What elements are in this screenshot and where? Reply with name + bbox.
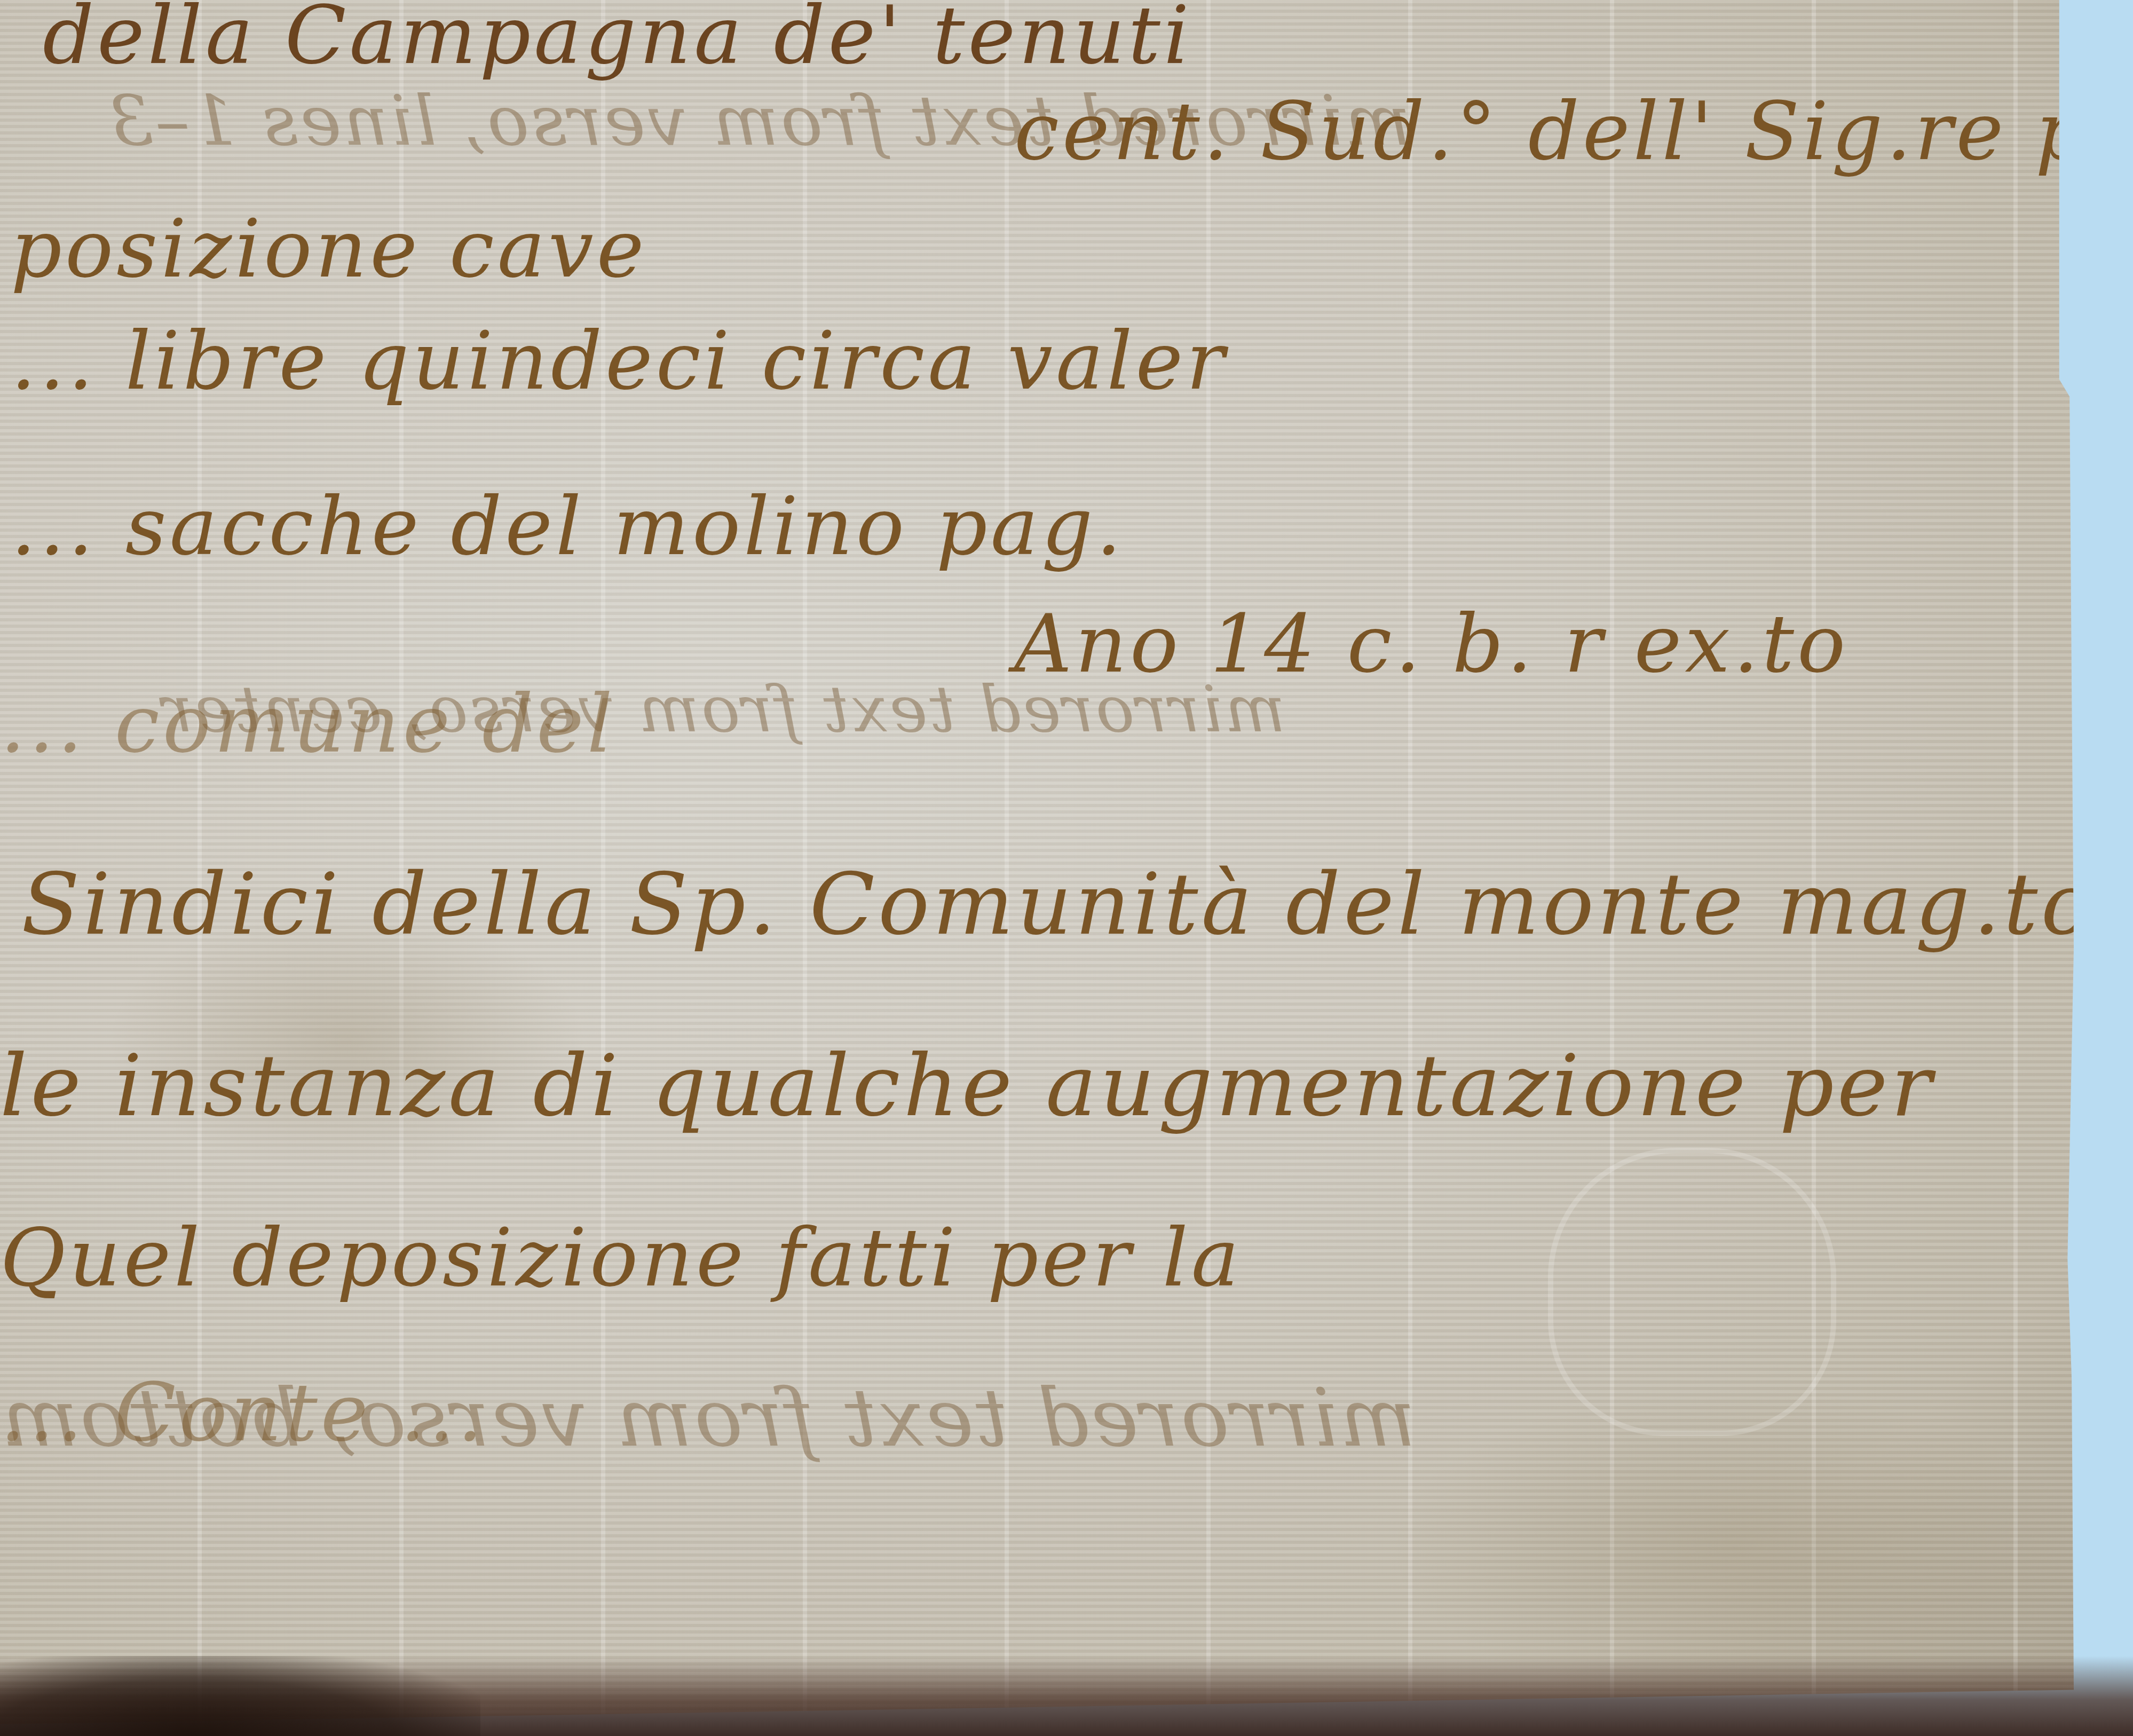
manuscript-line-4: ... libre quindeci circa valer <box>11 315 1228 408</box>
manuscript-line-7: ... comune del <box>0 678 616 771</box>
manuscript-line-2: cent. Sud.° dell' Sig.re pag.te <box>1014 85 2133 178</box>
manuscript-line-11: ... Conte ... <box>0 1367 486 1459</box>
manuscript-inserted-note: Ano 14 c. b. r ex.to <box>1014 598 1848 691</box>
paper-watermark <box>1548 1148 1836 1436</box>
manuscript-line-9: le instanza di qualche augmentazione per <box>0 1036 1935 1135</box>
photo-shadow-corner <box>0 1656 480 1736</box>
manuscript-line-10: Quel deposizione fatti per la <box>0 1212 1242 1305</box>
manuscript-line-1: della Campagna de' tenuti <box>43 0 1192 82</box>
manuscript-line-8: Sindici della Sp. Comunità del monte mag… <box>21 854 2096 954</box>
photo-stage: mirrored text from verso, lines 1–3 mirr… <box>0 0 2133 1736</box>
manuscript-line-3: posizione cave <box>11 203 647 296</box>
manuscript-line-5: ... sacche del molino pag. <box>11 480 1125 573</box>
manuscript-paper: mirrored text from verso, lines 1–3 mirr… <box>0 0 2074 1724</box>
